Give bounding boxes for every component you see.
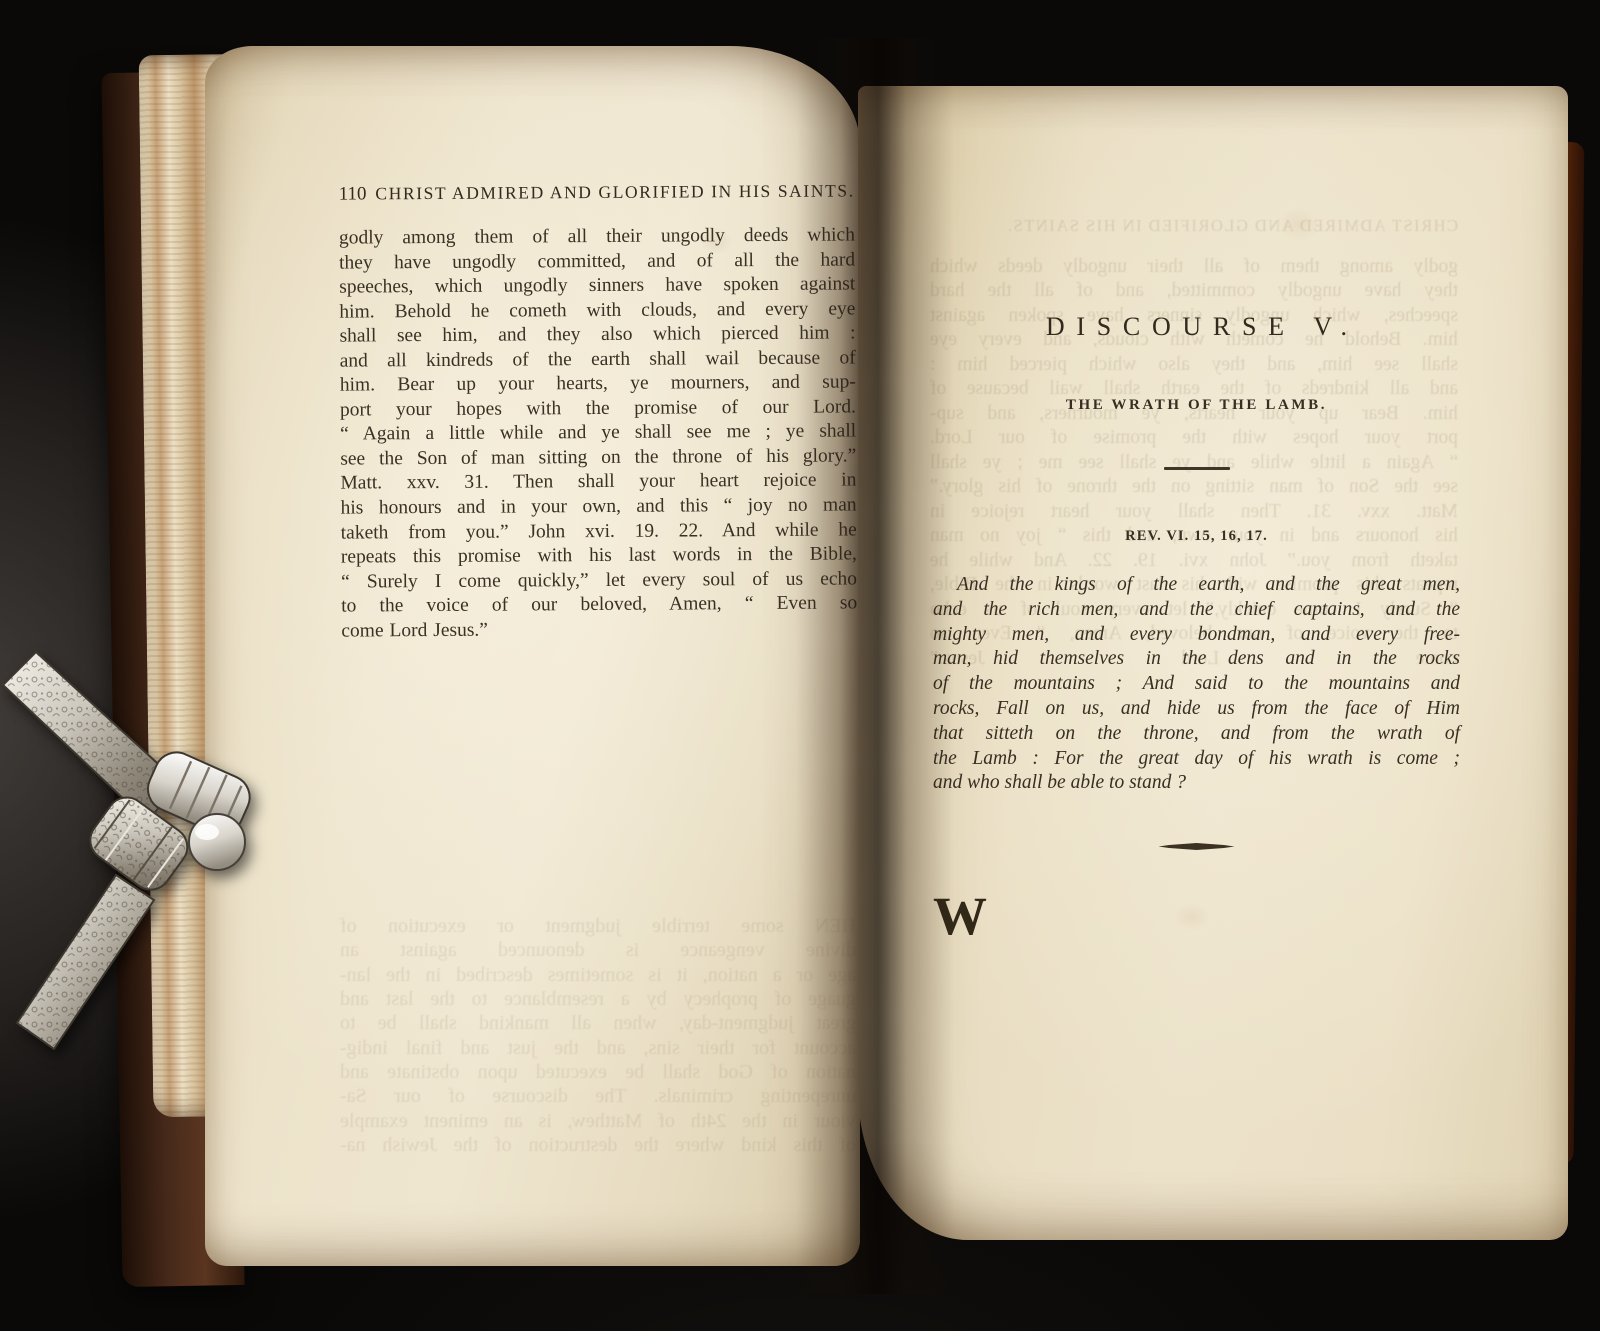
text-line: port your hopes with the promise of our …	[930, 426, 1458, 451]
text-line: “ Again a little while and ye shall see …	[340, 420, 856, 448]
left-page-paragraph: godly among them of all their ungodly de…	[339, 223, 858, 643]
text-line: divine vengeance is denounced against an	[340, 938, 856, 962]
discourse-title: DISCOURSE V.	[933, 312, 1460, 342]
left-page-ink-bleedthrough: HEN some terrible judgment or execution …	[340, 914, 856, 1157]
text-line: man, hid themselves in the dens and in t…	[933, 647, 1460, 672]
text-line: his honours and in your own, and this “ …	[341, 493, 857, 521]
running-header: 110 CHRIST ADMIRED AND GLORIFIED IN HIS …	[339, 180, 855, 205]
text-line: shall see him, and they also which pierc…	[339, 322, 855, 350]
text-line: godly among them of all their ungodly de…	[930, 255, 1458, 280]
text-line: come Lord Jesus.”	[341, 616, 857, 644]
clasp-boss	[189, 814, 245, 870]
text-line: taketh from you.” John xvi. 19. 22. And …	[341, 518, 857, 546]
text-line: And the kings of the earth, and the grea…	[933, 573, 1460, 598]
text-line: him. Behold he cometh with clouds, and e…	[339, 297, 855, 325]
text-line: and all kindreds of the earth shall wail…	[340, 346, 856, 374]
text-line: the Lamb : For the great day of his wrat…	[933, 747, 1460, 772]
text-line: they have ungodly committed, and of all …	[930, 279, 1458, 304]
right-page: CHRIST ADMIRED AND GLORIFIED IN HIS SAIN…	[858, 86, 1568, 1240]
text-line: repeats this promise with his last words…	[341, 543, 857, 571]
text-line: Matt. xxv. 31. Then shall your heart rej…	[340, 469, 856, 497]
text-line: taketh from you.” John xvi. 19. 22. And …	[930, 549, 1458, 574]
right-page-paragraph: W	[933, 892, 1460, 943]
text-line: see the Son of man sitting on the throne…	[340, 444, 856, 472]
text-line: they have ungodly committed, and of all …	[339, 248, 855, 276]
text-line: account for their sins, and the just and…	[340, 1036, 856, 1060]
text-line: guage of prophecy by a resemblance to th…	[340, 987, 856, 1011]
text-line: “ Again a little while and ye shall see …	[930, 451, 1458, 476]
page-number: 110	[339, 183, 367, 205]
book-photograph: HEN some terrible judgment or execution …	[0, 0, 1600, 1331]
text-line: that sitteth on the throne, and from the…	[933, 722, 1460, 747]
text-line: and the rich men, and the chief captains…	[933, 598, 1460, 623]
text-line: port your hopes with the promise of our …	[340, 395, 856, 423]
book-clasp-icon	[0, 645, 262, 1057]
text-line: Matt. xxv. 31. Then shall your heart rej…	[930, 500, 1458, 525]
discourse-subtitle: THE WRATH OF THE LAMB.	[933, 397, 1460, 414]
text-line: HEN some terrible judgment or execution …	[340, 914, 856, 938]
left-page: HEN some terrible judgment or execution …	[205, 46, 860, 1266]
text-line: great judgment-day, when all mankind sha…	[340, 1011, 856, 1035]
text-line: mighty men, and every bondman, and every…	[933, 623, 1460, 648]
text-line: shall see him, and they also which pierc…	[930, 353, 1458, 378]
drop-cap: W	[933, 894, 987, 943]
scripture-reference: REV. VI. 15, 16, 17.	[933, 528, 1460, 545]
left-page-text-block: 110 CHRIST ADMIRED AND GLORIFIED IN HIS …	[339, 180, 858, 643]
text-line: “ Surely I come quickly,” let every soul…	[341, 567, 857, 595]
epigraph-scripture: And the kings of the earth, and the grea…	[933, 573, 1460, 796]
divider-rule	[933, 467, 1460, 470]
diamond-ornament	[933, 843, 1460, 850]
text-line: viour in the 24th of Matthew, is an emin…	[340, 1109, 856, 1133]
text-line: speeches, which ungodly sinners have spo…	[339, 273, 855, 301]
bleedthrough-header: CHRIST ADMIRED AND GLORIFIED IN HIS SAIN…	[930, 214, 1458, 239]
text-line: see the Son of man sitting on the throne…	[930, 475, 1458, 500]
running-header-text: CHRIST ADMIRED AND GLORIFIED IN HIS SAIN…	[375, 180, 854, 205]
text-line: rocks, Fall on us, and hide us from the …	[933, 697, 1460, 722]
text-line: to the voice of our beloved, Amen, “ Eve…	[341, 592, 857, 620]
text-line: godly among them of all their ungodly de…	[339, 223, 855, 251]
text-line: and who shall be able to stand ?	[933, 771, 1460, 796]
text-line: age or a nation, it is sometimes describ…	[340, 963, 856, 987]
text-line: nation of God shall be executed upon obs…	[340, 1060, 856, 1084]
text-line: of the mountains ; And said to the mount…	[933, 672, 1460, 697]
text-line: him. Bear up your hearts, ye mourners, a…	[340, 371, 856, 399]
text-line: unrepenting criminals. The discourse of …	[340, 1084, 856, 1108]
text-line: of this kind where the destruction of th…	[340, 1133, 856, 1157]
